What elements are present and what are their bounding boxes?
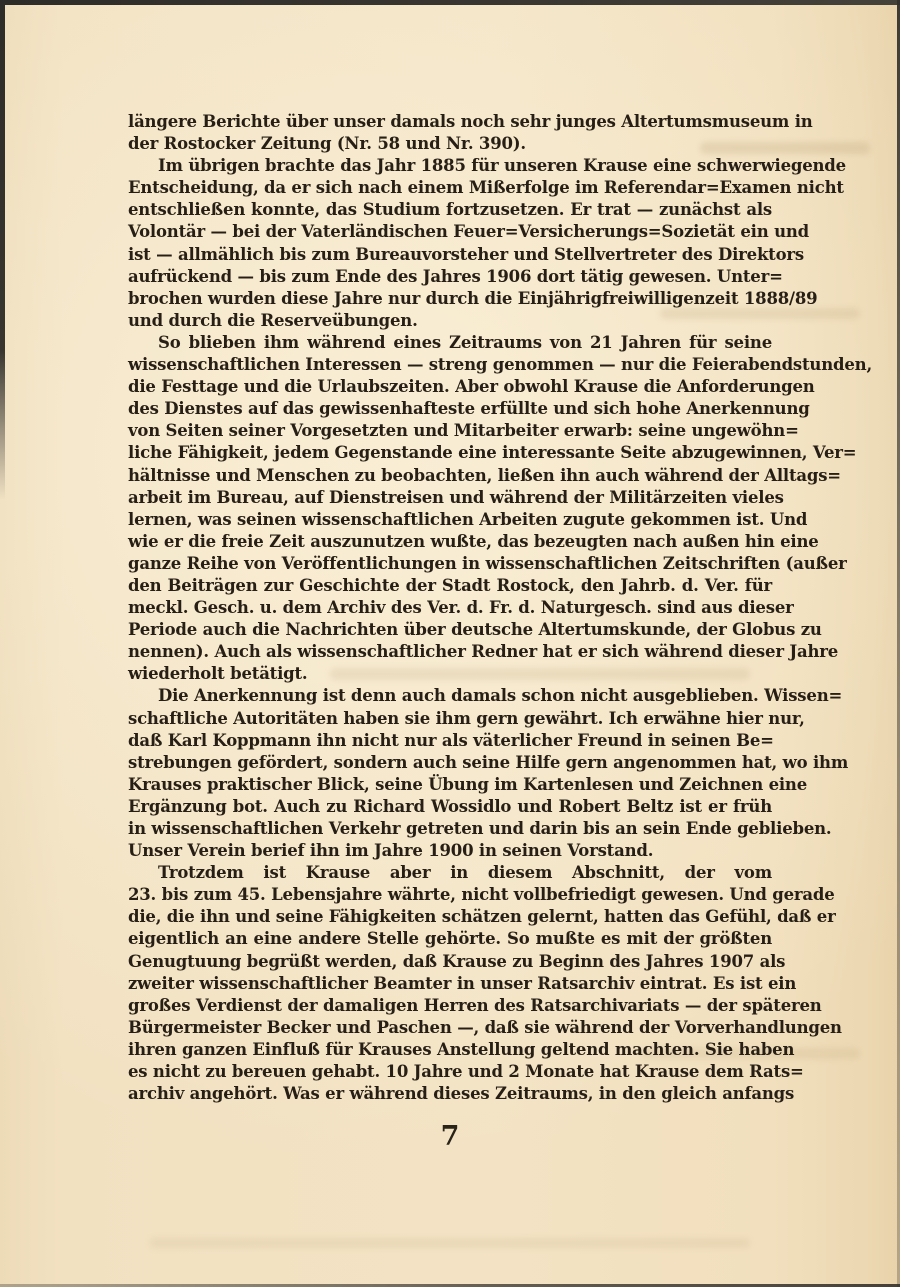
text-line: hältnisse und Menschen zu beobachten, li… [128, 465, 772, 487]
text-line: von Seiten seiner Vorgesetzten und Mitar… [128, 420, 772, 442]
text-line: ist — allmählich bis zum Bureauvorsteher… [128, 244, 772, 266]
scan-edge-left [0, 0, 5, 500]
text-line: meckl. Gesch. u. dem Archiv des Ver. d. … [128, 597, 772, 619]
text-line: die Festtage und die Urlaubszeiten. Aber… [128, 376, 772, 398]
text-line: großes Verdienst der damaligen Herren de… [128, 995, 772, 1017]
text-line: eigentlich an eine andere Stelle gehörte… [128, 928, 772, 950]
text-line: archiv angehört. Was er während dieses Z… [128, 1083, 772, 1105]
text-line: Krauses praktischer Blick, seine Übung i… [128, 774, 772, 796]
text-line: den Beiträgen zur Geschichte der Stadt R… [128, 575, 772, 597]
text-line: aufrückend — bis zum Ende des Jahres 190… [128, 266, 772, 288]
text-line: brochen wurden diese Jahre nur durch die… [128, 288, 772, 310]
text-line: liche Fähigkeit, jedem Gegenstande eine … [128, 442, 772, 464]
text-line: Bürgermeister Becker und Paschen —, daß … [128, 1017, 772, 1039]
text-line: strebungen gefördert, sondern auch seine… [128, 752, 772, 774]
text-line: wissenschaftlichen Interessen — streng g… [128, 354, 772, 376]
text-line: daß Karl Koppmann ihn nicht nur als väte… [128, 730, 772, 752]
text-line: arbeit im Bureau, auf Dienstreisen und w… [128, 487, 772, 509]
text-line: es nicht zu bereuen gehabt. 10 Jahre und… [128, 1061, 772, 1083]
text-line: wie er die freie Zeit auszunutzen wußte,… [128, 531, 772, 553]
text-line: Ergänzung bot. Auch zu Richard Wossidlo … [128, 796, 772, 818]
text-line: die, die ihn und seine Fähigkeiten schät… [128, 906, 772, 928]
show-through-smudge [150, 1238, 750, 1248]
text-line: des Dienstes auf das gewissenhafteste er… [128, 398, 772, 420]
text-line: wiederholt betätigt. [128, 663, 772, 685]
text-line: Volontär — bei der Vaterländischen Feuer… [128, 221, 772, 243]
text-line: schaftliche Autoritäten haben sie ihm ge… [128, 708, 772, 730]
page-number: 7 [128, 1121, 772, 1152]
text-line: Entscheidung, da er sich nach einem Miße… [128, 177, 772, 199]
text-line: Trotzdem ist Krause aber in diesem Absch… [128, 862, 772, 884]
text-line: nennen). Auch als wissenschaftlicher Red… [128, 641, 772, 663]
text-line: Die Anerkennung ist denn auch damals sch… [128, 685, 772, 707]
text-line: und durch die Reserveübungen. [128, 310, 772, 332]
text-line: Im übrigen brachte das Jahr 1885 für uns… [128, 155, 772, 177]
page-text: längere Berichte über unser damals noch … [128, 111, 772, 1105]
text-line: der Rostocker Zeitung (Nr. 58 und Nr. 39… [128, 133, 772, 155]
text-line: Unser Verein berief ihn im Jahre 1900 in… [128, 840, 772, 862]
text-line: 23. bis zum 45. Lebensjahre währte, nich… [128, 884, 772, 906]
text-line: Periode auch die Nachrichten über deutsc… [128, 619, 772, 641]
text-line: in wissenschaftlichen Verkehr getreten u… [128, 818, 772, 840]
text-line: So blieben ihm während eines Zeitraums v… [128, 332, 772, 354]
text-line: längere Berichte über unser damals noch … [128, 111, 772, 133]
scanned-page: längere Berichte über unser damals noch … [0, 0, 900, 1287]
text-line: zweiter wissenschaftlicher Beamter in un… [128, 973, 772, 995]
text-line: ganze Reihe von Veröffentlichungen in wi… [128, 553, 772, 575]
text-line: entschließen konnte, das Studium fortzus… [128, 199, 772, 221]
text-line: ihren ganzen Einfluß für Krauses Anstell… [128, 1039, 772, 1061]
text-line: lernen, was seinen wissenschaftlichen Ar… [128, 509, 772, 531]
scan-edge-top [0, 0, 900, 5]
text-line: Genugtuung begrüßt werden, daß Krause zu… [128, 951, 772, 973]
